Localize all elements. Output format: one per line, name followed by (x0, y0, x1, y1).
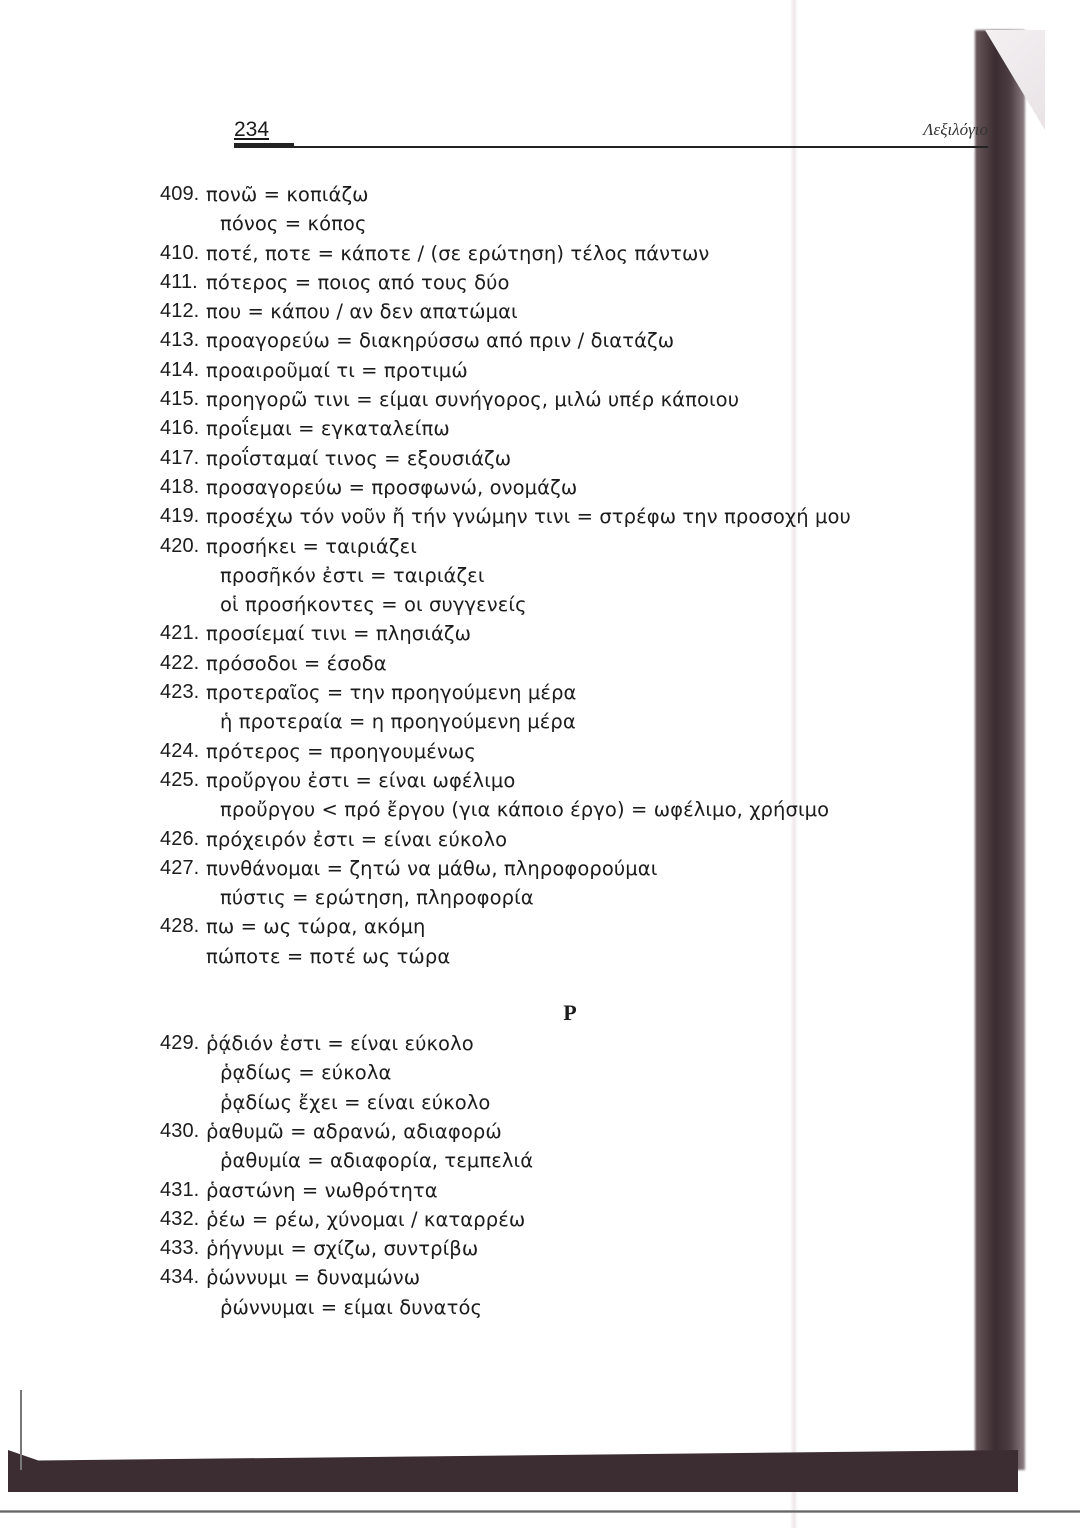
entry-number: 410. (160, 239, 206, 268)
vocabulary-entry: 422.πρόσοδοι = έσοδα (160, 649, 940, 678)
vocabulary-subentry: ῥᾳδίως = εύκολα (160, 1058, 940, 1087)
vocabulary-entry: 414.προαιροῦμαί τι = προτιμώ (160, 356, 940, 385)
entry-text: προτεραῖος = την προηγούμενη μέρα (206, 678, 577, 707)
entry-text: πρότερος = προηγουμένως (206, 737, 476, 766)
entry-number: 416. (160, 414, 206, 443)
vocabulary-entry: 415.προηγορῶ τινι = είμαι συνήγορος, μιλ… (160, 385, 940, 414)
vocabulary-list: 409.πονῶ = κοπιάζωπόνος = κόπος410.ποτέ,… (160, 180, 940, 1322)
entry-number: 414. (160, 356, 206, 385)
entry-text: προαγορεύω = διακηρύσσω από πριν / διατά… (206, 326, 674, 355)
entry-number: 419. (160, 502, 206, 531)
vocabulary-entry: 426.πρόχειρόν ἐστι = είναι εύκολο (160, 825, 940, 854)
entry-number: 421. (160, 619, 206, 648)
entry-text: πρόσοδοι = έσοδα (206, 649, 387, 678)
entry-text: ῥέω = ρέω, χύνομαι / καταρρέω (206, 1205, 525, 1234)
vocabulary-entry: 413.προαγορεύω = διακηρύσσω από πριν / δ… (160, 326, 940, 355)
vocabulary-subentry: οἱ προσήκοντες = οι συγγενείς (160, 590, 940, 619)
vocabulary-subentry: πώποτε = ποτέ ως τώρα (160, 942, 940, 971)
entry-text: ῥώννυμαι = είμαι δυνατός (220, 1293, 482, 1322)
vocabulary-subentry: πύστις = ερώτηση, πληροφορία (160, 883, 940, 912)
entry-text: ῥᾴδιόν ἐστι = είναι εύκολο (206, 1029, 474, 1058)
entry-text: ῥήγνυμι = σχίζω, συντρίβω (206, 1234, 478, 1263)
entry-text: πώποτε = ποτέ ως τώρα (206, 942, 450, 971)
vocabulary-entry: 431.ῥαστώνη = νωθρότητα (160, 1176, 940, 1205)
entry-number: 430. (160, 1117, 206, 1146)
entry-number: 409. (160, 180, 206, 209)
vocabulary-entry: 421.προσίεμαί τινι = πλησιάζω (160, 619, 940, 648)
vocabulary-entry: 424.πρότερος = προηγουμένως (160, 737, 940, 766)
entry-number: 422. (160, 649, 206, 678)
vocabulary-subentry: προὔργου < πρό ἔργου (για κάποιο έργο) =… (160, 795, 940, 824)
entry-number: 426. (160, 825, 206, 854)
running-head: Λεξιλόγιο (923, 120, 988, 140)
entry-number: 415. (160, 385, 206, 414)
vocabulary-subentry: ἡ προτεραία = η προηγούμενη μέρα (160, 707, 940, 736)
entry-text: ῥώννυμι = δυναμώνω (206, 1263, 420, 1292)
entry-text: ἡ προτεραία = η προηγούμενη μέρα (220, 707, 576, 736)
vocabulary-entry: 418.προσαγορεύω = προσφωνώ, ονομάζω (160, 473, 940, 502)
entry-text: προὔργου ἐστι = είναι ωφέλιμο (206, 766, 515, 795)
vocabulary-entry: 429.ῥᾴδιόν ἐστι = είναι εύκολο (160, 1029, 940, 1058)
vocabulary-entry: 410.ποτέ, ποτε = κάποτε / (σε ερώτηση) τ… (160, 239, 940, 268)
entry-number: 420. (160, 532, 206, 561)
vocabulary-subentry: πόνος = κόπος (160, 209, 940, 238)
scan-edge-shadow-right (975, 30, 1025, 1470)
entry-text: ῥᾳδίως = εύκολα (220, 1058, 391, 1087)
entry-text: πύστις = ερώτηση, πληροφορία (220, 883, 534, 912)
entry-number: 417. (160, 444, 206, 473)
entry-text: πυνθάνομαι = ζητώ να μάθω, πληροφορούμαι (206, 854, 657, 883)
entry-text: ῥαθυμῶ = αδρανώ, αδιαφορώ (206, 1117, 502, 1146)
entry-text: ῥαστώνη = νωθρότητα (206, 1176, 438, 1205)
entry-text: οἱ προσήκοντες = οι συγγενείς (220, 590, 527, 619)
entry-text: προαιροῦμαί τι = προτιμώ (206, 356, 468, 385)
entry-number: 428. (160, 912, 206, 941)
vocabulary-entry: 419.προσέχω τόν νοῦν ἤ τήν γνώμην τινι =… (160, 502, 940, 531)
scan-bottom-line (0, 1510, 1080, 1513)
vocabulary-entry: 425.προὔργου ἐστι = είναι ωφέλιμο (160, 766, 940, 795)
entry-text: πόνος = κόπος (220, 209, 367, 238)
vocabulary-entry: 423.προτεραῖος = την προηγούμενη μέρα (160, 678, 940, 707)
entry-text: πότερος = ποιος από τους δύο (206, 268, 510, 297)
vocabulary-entry: 433.ῥήγνυμι = σχίζω, συντρίβω (160, 1234, 940, 1263)
entry-number: 411. (160, 268, 206, 297)
entries-section-pi: 409.πονῶ = κοπιάζωπόνος = κόπος410.ποτέ,… (160, 180, 940, 971)
entry-text: προΐεμαι = εγκαταλείπω (206, 414, 450, 443)
entry-text: ῥαθυμία = αδιαφορία, τεμπελιά (220, 1146, 533, 1175)
vocabulary-entry: 412.που = κάπου / αν δεν απατώμαι (160, 297, 940, 326)
entry-number: 425. (160, 766, 206, 795)
vocabulary-entry: 434.ῥώννυμι = δυναμώνω (160, 1263, 940, 1292)
entries-section-rho: 429.ῥᾴδιόν ἐστι = είναι εύκολοῥᾳδίως = ε… (160, 1029, 940, 1322)
vocabulary-subentry: προσῆκόν ἐστι = ταιριάζει (160, 561, 940, 590)
page-header: 234 Λεξιλόγιο (150, 118, 988, 158)
entry-number: 424. (160, 737, 206, 766)
entry-number: 423. (160, 678, 206, 707)
vocabulary-subentry: ῥᾳδίως ἔχει = είναι εύκολο (160, 1088, 940, 1117)
vocabulary-entry: 417.προΐσταμαί τινος = εξουσιάζω (160, 444, 940, 473)
entry-number: 434. (160, 1263, 206, 1292)
entry-text: προηγορῶ τινι = είμαι συνήγορος, μιλώ υπ… (206, 385, 739, 414)
entry-number: 429. (160, 1029, 206, 1058)
entry-text: προσέχω τόν νοῦν ἤ τήν γνώμην τινι = στρ… (206, 502, 851, 531)
entry-text: πω = ως τώρα, ακόμη (206, 912, 425, 941)
entry-text: πονῶ = κοπιάζω (206, 180, 369, 209)
vocabulary-entry: 430.ῥαθυμῶ = αδρανώ, αδιαφορώ (160, 1117, 940, 1146)
vocabulary-entry: 420.προσήκει = ταιριάζει (160, 532, 940, 561)
entry-text: προὔργου < πρό ἔργου (για κάποιο έργο) =… (220, 795, 829, 824)
scan-edge-shadow-bottom (8, 1450, 1018, 1492)
vocabulary-entry: 411.πότερος = ποιος από τους δύο (160, 268, 940, 297)
entry-text: ῥᾳδίως ἔχει = είναι εύκολο (220, 1088, 490, 1117)
entry-text: προσῆκόν ἐστι = ταιριάζει (220, 561, 485, 590)
vocabulary-entry: 416.προΐεμαι = εγκαταλείπω (160, 414, 940, 443)
vocabulary-subentry: ῥαθυμία = αδιαφορία, τεμπελιά (160, 1146, 940, 1175)
vocabulary-entry: 409.πονῶ = κοπιάζω (160, 180, 940, 209)
entry-text: ποτέ, ποτε = κάποτε / (σε ερώτηση) τέλος… (206, 239, 709, 268)
entry-number: 418. (160, 473, 206, 502)
scan-left-edge (20, 1390, 22, 1470)
entry-text: προσαγορεύω = προσφωνώ, ονομάζω (206, 473, 577, 502)
entry-text: πρόχειρόν ἐστι = είναι εύκολο (206, 825, 507, 854)
entry-number: 431. (160, 1176, 206, 1205)
vocabulary-subentry: ῥώννυμαι = είμαι δυνατός (160, 1293, 940, 1322)
vocabulary-entry: 428.πω = ως τώρα, ακόμη (160, 912, 940, 941)
entry-text: προσίεμαί τινι = πλησιάζω (206, 619, 471, 648)
page-number: 234 (234, 118, 269, 142)
entry-text: προΐσταμαί τινος = εξουσιάζω (206, 444, 511, 473)
entry-number: 412. (160, 297, 206, 326)
section-letter: Ρ (160, 971, 940, 1029)
entry-number: 413. (160, 326, 206, 355)
entry-number: 433. (160, 1234, 206, 1263)
vocabulary-entry: 432.ῥέω = ρέω, χύνομαι / καταρρέω (160, 1205, 940, 1234)
entry-text: που = κάπου / αν δεν απατώμαι (206, 297, 518, 326)
entry-number: 427. (160, 854, 206, 883)
vocabulary-entry: 427.πυνθάνομαι = ζητώ να μάθω, πληροφορο… (160, 854, 940, 883)
entry-number: 432. (160, 1205, 206, 1234)
header-rule (234, 146, 988, 148)
entry-text: προσήκει = ταιριάζει (206, 532, 417, 561)
